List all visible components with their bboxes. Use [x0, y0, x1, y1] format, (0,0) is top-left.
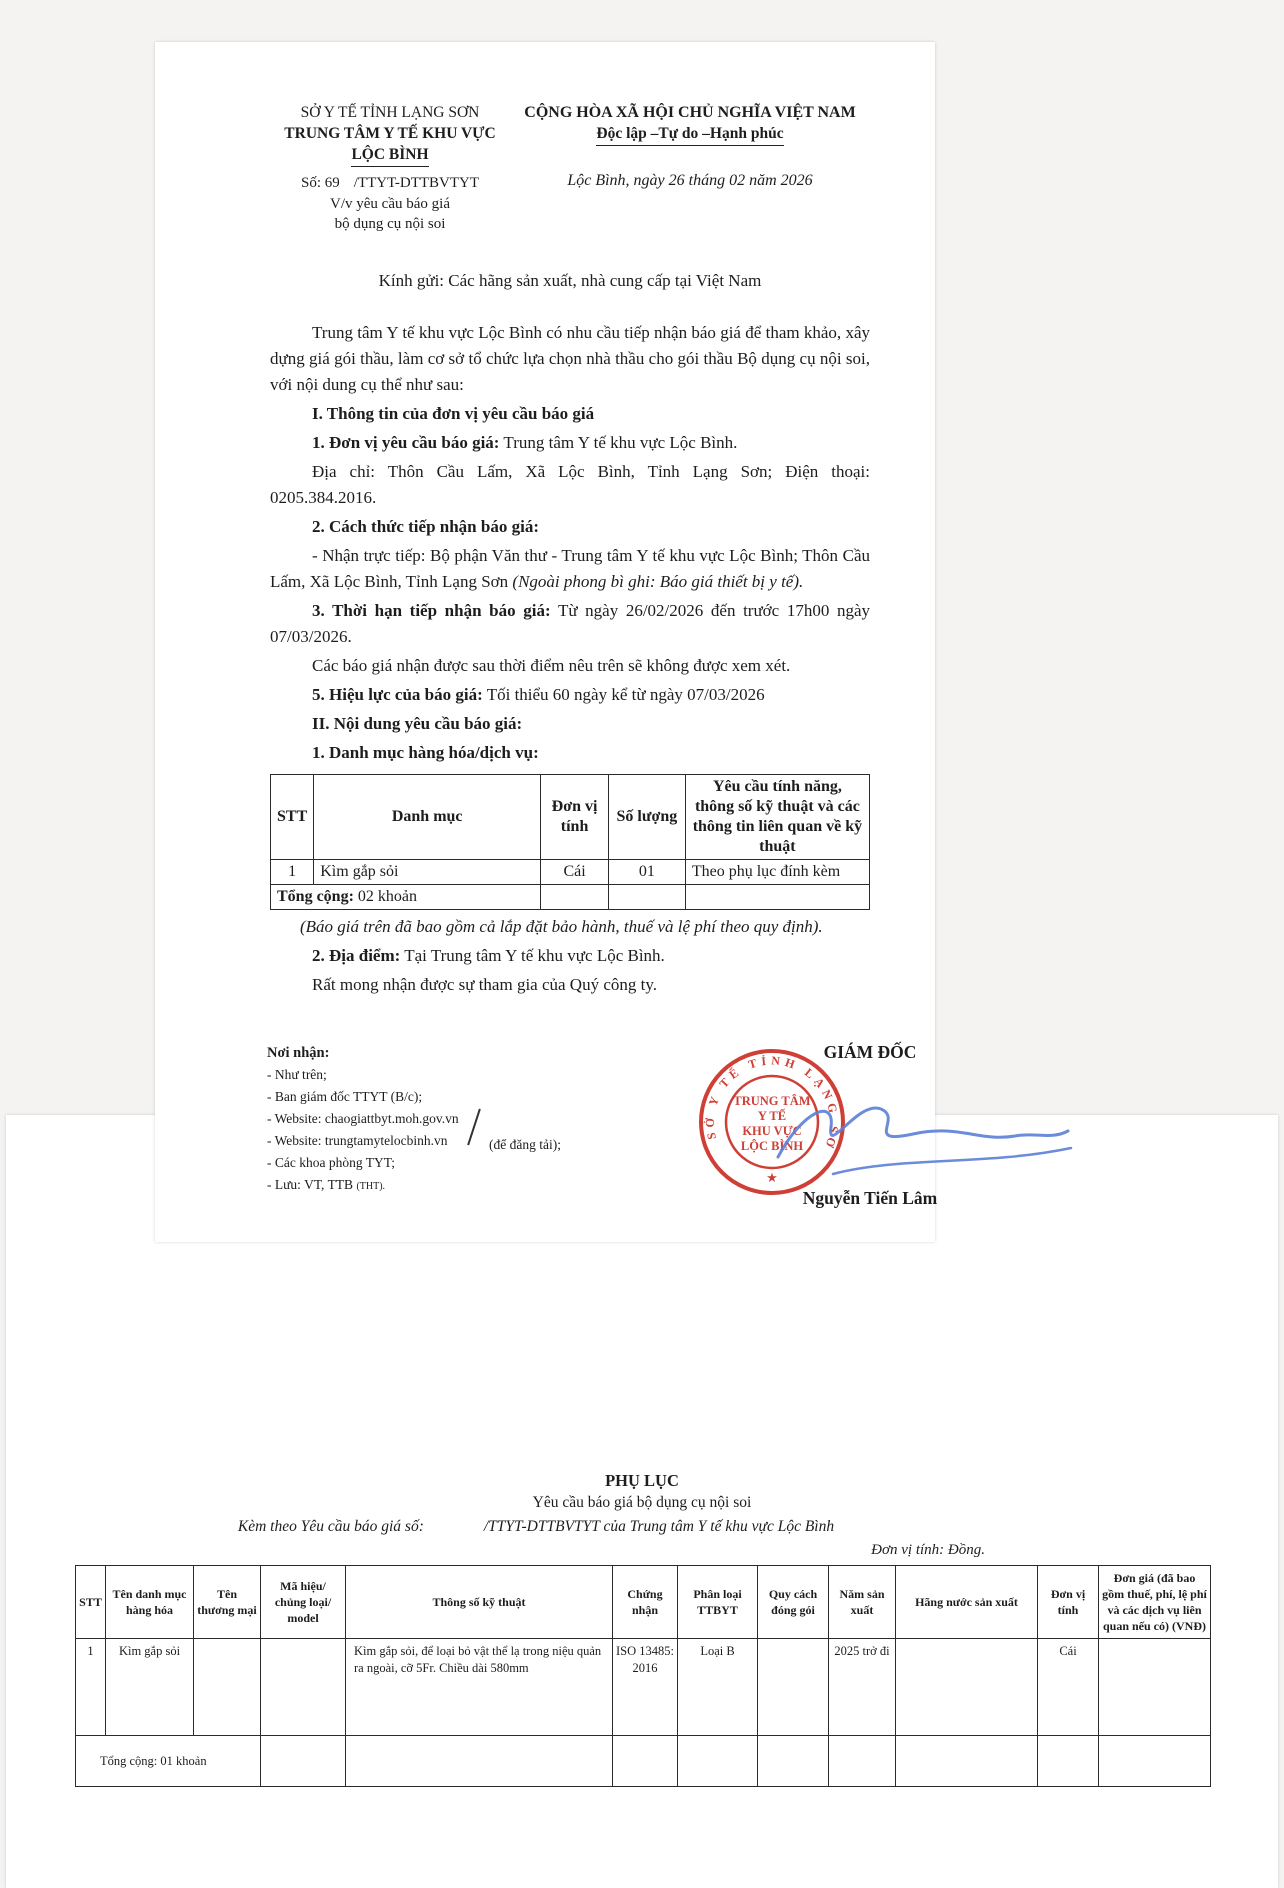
goods-col-yeu-cau: Yêu cầu tính năng, thông số kỹ thuật và …	[685, 775, 869, 860]
national-motto-block: CỘNG HÒA XÃ HỘI CHỦ NGHĨA VIỆT NAM Độc l…	[510, 102, 870, 234]
goods-col-don-vi: Đơn vị tính	[541, 775, 609, 860]
appendix-ref-left: Kèm theo Yêu cầu báo giá số:	[238, 1518, 424, 1535]
page-1-letter: SỞ Y TẾ TỈNH LẠNG SƠN TRUNG TÂM Y TẾ KHU…	[155, 42, 935, 1242]
location-item: 2. Địa điểm: Tại Trung tâm Y tế khu vực …	[270, 943, 870, 969]
address-line: Địa chỉ: Thôn Cầu Lấm, Xã Lộc Bình, Tỉnh…	[270, 459, 870, 511]
col-header-ten-danh-muc: Tên danh mục hàng hóa	[106, 1566, 194, 1639]
publish-note: (để đăng tải);	[489, 1134, 561, 1156]
closing-line: Rất mong nhận được sự tham gia của Quý c…	[270, 972, 870, 998]
cell-chung-nhan: ISO 13485: 2016	[613, 1639, 678, 1736]
section1-item2-heading: 2. Cách thức tiếp nhận báo giá:	[270, 514, 870, 540]
section2-sub1: 1. Danh mục hàng hóa/dịch vụ:	[270, 740, 870, 766]
col-header-stt: STT	[76, 1566, 106, 1639]
national-motto: Độc lập –Tự do –Hạnh phúc	[510, 123, 870, 146]
org-name-line1: TRUNG TÂM Y TẾ KHU VỰC	[270, 123, 510, 144]
recipients-title: Nơi nhận:	[267, 1042, 587, 1064]
section1-item3: 3. Thời hạn tiếp nhận báo giá: Từ ngày 2…	[270, 598, 870, 650]
goods-table-row: 1 Kìm gắp sỏi Cái 01 Theo phụ lục đính k…	[271, 860, 870, 885]
cell-hang-nuoc	[896, 1639, 1038, 1736]
director-name: Nguyễn Tiến Lâm	[710, 1188, 1030, 1209]
salutation: Kính gửi: Các hãng sản xuất, nhà cung cấ…	[270, 268, 870, 294]
cell-ten-thuong-mai	[194, 1639, 261, 1736]
appendix-total-cell: Tổng cộng: 01 khoản	[76, 1736, 261, 1787]
col-header-don-gia: Đơn giá (đã bao gồm thuế, phí, lệ phí và…	[1099, 1566, 1211, 1639]
section1-item2: - Nhận trực tiếp: Bộ phận Văn thư - Trun…	[270, 543, 870, 595]
cell-don-gia	[1099, 1639, 1211, 1736]
subject-line2: bộ dụng cụ nội soi	[270, 214, 510, 234]
included-fees-note: (Báo giá trên đã bao gồm cả lắp đặt bảo …	[270, 914, 870, 940]
cell-thong-so: Kìm gắp sỏi, để loại bỏ vật thể lạ trong…	[346, 1639, 613, 1736]
cell-nam-san-xuat: 2025 trở đi	[829, 1639, 896, 1736]
recipient-item: - Ban giám đốc TTYT (B/c);	[267, 1086, 587, 1108]
document-number: Số: 69/TTYT-DTTBVTYT	[270, 173, 510, 194]
goods-cell-danh-muc: Kìm gắp sỏi	[314, 860, 541, 885]
section1-heading: I. Thông tin của đơn vị yêu cầu báo giá	[270, 401, 870, 427]
org-name-line2: LỘC BÌNH	[270, 144, 510, 167]
letter-header: SỞ Y TẾ TỈNH LẠNG SƠN TRUNG TÂM Y TẾ KHU…	[270, 102, 870, 234]
appendix-reference-line: Kèm theo Yêu cầu báo giá số:/TTYT-DTTBVT…	[6, 1516, 1066, 1538]
goods-col-danh-muc: Danh mục	[314, 775, 541, 860]
intro-paragraph: Trung tâm Y tế khu vực Lộc Bình có nhu c…	[270, 320, 870, 398]
subject-line1: V/v yêu cầu báo giá	[270, 194, 510, 214]
cell-stt: 1	[76, 1639, 106, 1736]
recipient-item-luu: - Lưu: VT, TTB (THT).	[267, 1174, 587, 1198]
section2-heading: II. Nội dung yêu cầu báo giá:	[270, 711, 870, 737]
goods-table-header-row: STT Danh mục Đơn vị tính Số lượng Yêu cầ…	[271, 775, 870, 860]
col-header-phan-loai: Phân loại TTBYT	[678, 1566, 758, 1639]
goods-cell-yeu-cau: Theo phụ lục đính kèm	[685, 860, 869, 885]
goods-cell-don-vi: Cái	[541, 860, 609, 885]
appendix-table-header-row: STT Tên danh mục hàng hóa Tên thương mại…	[76, 1566, 1211, 1639]
goods-total-cell: Tổng cộng: 02 khoản	[271, 885, 541, 910]
col-header-nam-san-xuat: Năm sản xuất	[829, 1566, 896, 1639]
appendix-subtitle: Yêu cầu báo giá bộ dụng cụ nội soi	[6, 1492, 1278, 1514]
dateline: Lộc Bình, ngày 26 tháng 02 năm 2026	[510, 170, 870, 191]
goods-cell-stt: 1	[271, 860, 314, 885]
org-parent: SỞ Y TẾ TỈNH LẠNG SƠN	[270, 102, 510, 123]
col-header-don-vi-tinh: Đơn vị tính	[1038, 1566, 1099, 1639]
late-quote-note: Các báo giá nhận được sau thời điểm nêu …	[270, 653, 870, 679]
recipient-item: - Như trên;	[267, 1064, 587, 1086]
issuing-org-block: SỞ Y TẾ TỈNH LẠNG SƠN TRUNG TÂM Y TẾ KHU…	[270, 102, 510, 234]
goods-table-total-row: Tổng cộng: 02 khoản	[271, 885, 870, 910]
signature-scribble	[763, 1082, 1085, 1200]
col-header-hang-nuoc: Hãng nước sản xuất	[896, 1566, 1038, 1639]
col-header-ma-hieu: Mã hiệu/ chủng loại/ model	[261, 1566, 346, 1639]
unit-note: Đơn vị tính: Đồng.	[6, 1542, 985, 1559]
appendix-table-total-row: Tổng cộng: 01 khoản	[76, 1736, 1211, 1787]
cell-ma-hieu	[261, 1639, 346, 1736]
cell-don-vi-tinh: Cái	[1038, 1639, 1099, 1736]
col-header-chung-nhan: Chứng nhận	[613, 1566, 678, 1639]
goods-cell-so-luong: 01	[608, 860, 685, 885]
goods-col-stt: STT	[271, 775, 314, 860]
cell-phan-loai: Loại B	[678, 1639, 758, 1736]
recipients-block: Nơi nhận: - Như trên; - Ban giám đốc TTY…	[267, 1042, 587, 1198]
goods-col-so-luong: Số lượng	[608, 775, 685, 860]
section1-item1: 1. Đơn vị yêu cầu báo giá: Trung tâm Y t…	[270, 430, 870, 456]
appendix-table-row: 1 Kìm gắp sỏi Kìm gắp sỏi, để loại bỏ vậ…	[76, 1639, 1211, 1736]
appendix-ref-right: /TTYT-DTTBVTYT của Trung tâm Y tế khu vự…	[484, 1518, 834, 1535]
col-header-quy-cach: Quy cách đóng gói	[758, 1566, 829, 1639]
col-header-thong-so: Thông số kỹ thuật	[346, 1566, 613, 1639]
appendix-title: PHỤ LỤC	[6, 1470, 1278, 1492]
col-header-ten-thuong-mai: Tên thương mại	[194, 1566, 261, 1639]
goods-table: STT Danh mục Đơn vị tính Số lượng Yêu cầ…	[270, 774, 870, 910]
national-title: CỘNG HÒA XÃ HỘI CHỦ NGHĨA VIỆT NAM	[510, 102, 870, 123]
recipient-item: - Website: chaogiattbyt.moh.gov.vn	[267, 1108, 587, 1130]
cell-quy-cach	[758, 1639, 829, 1736]
cell-ten-danh-muc: Kìm gắp sỏi	[106, 1639, 194, 1736]
appendix-table: STT Tên danh mục hàng hóa Tên thương mại…	[75, 1565, 1211, 1787]
section1-item5: 5. Hiệu lực của báo giá: Tối thiểu 60 ng…	[270, 682, 870, 708]
